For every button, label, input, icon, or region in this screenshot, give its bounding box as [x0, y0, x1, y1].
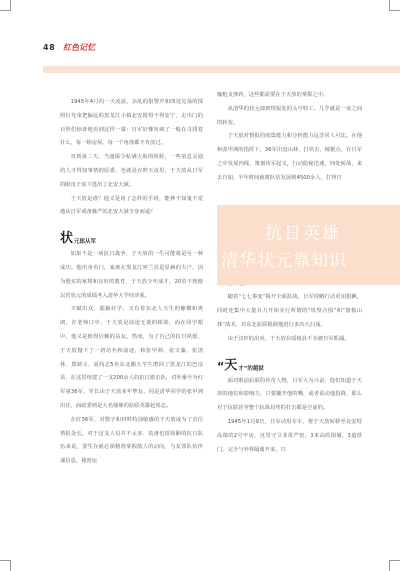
paragraph: 于天放对情报的收集能力和分析能力远非常人可比。在他和张甲洲的指挥下，36军出没山…: [217, 130, 362, 185]
crop-mark-bottom-left: [0, 560, 11, 571]
paragraph: 天赋出众，聪颖好学，又有着东北人天生的慷慨和爽朗，在老师口中，于天放是前途无量的…: [60, 303, 203, 413]
paragraph: 输枪支弹药，这些都需要在于天放的掌握之中。: [217, 89, 362, 103]
paragraph: 由于汉奸的出卖，于天放在绥棱县不幸被日军抓捕。: [217, 333, 362, 347]
section-heading: “ 天 才”的越狱: [217, 359, 362, 373]
crop-mark-top-left: [0, 0, 11, 11]
feature-title-box: 抗日英雄 清华状元靠知识: [217, 205, 400, 285]
section-heading-big-char: 状: [60, 232, 73, 246]
page-header: 48 红色记忆: [43, 42, 95, 53]
paragraph: 在红36军，对数字和材料特别敏感的于天放成为了首任情报处长。对于这支人员并不太多…: [60, 414, 203, 469]
section-heading: 状 元郎从军: [60, 232, 203, 246]
crop-mark-bottom-right: [389, 560, 400, 571]
paragraph: 如果不是一场抗日战争，于天放的一生可能将是另一种成功。他出身名门，家族在黑龙江呼…: [60, 248, 203, 303]
section-heading-subtitle: 才”的越狱: [238, 365, 264, 373]
page-number: 48: [43, 43, 55, 52]
paragraph: 随着“七七事变”揭开全面抗战，日军侵略行动更加猖獗，同时还集中大量兵力开始实行所…: [217, 291, 362, 332]
paragraph: 于天放是谁？他又是用了怎样的手段，能神不知鬼不觉地从日军戒备森严的北安大狱全身而…: [60, 193, 203, 221]
crop-mark-top-right: [389, 0, 400, 11]
feature-title-line1: 抗日英雄: [265, 219, 341, 244]
feature-title-line2: 清华状元靠知识: [221, 246, 347, 271]
paragraph: 从清华的状元郎到情报处的头号特工，几乎就是一夜之间的转变。: [217, 103, 362, 131]
column-logo: 红色记忆: [63, 42, 95, 53]
section-heading-big-char: 天: [224, 359, 237, 373]
left-column: 1945年4月的一天凌晨，杂乱的报警声和四处晃荡的探照灯光束把偏远的黑龙江小镇北…: [60, 96, 203, 469]
header-band: [43, 66, 400, 73]
section-heading-quote: “: [217, 361, 224, 373]
paragraph: 1945年1月9日，日军动用专车，将于天放转移至北安特高课的2号牢房，这里守卫非…: [217, 416, 362, 457]
paragraph: 1945年4月的一天凌晨，杂乱的报警声和四处晃荡的探照灯光束把偏远的黑龙江小镇北…: [60, 96, 203, 151]
paragraph: 面对眼前抗联的传奇人物，日军大为兴奋，他们知道于天放的地位和影响力，只要撬开他的…: [217, 375, 362, 416]
section-heading-subtitle: 元郎从军: [74, 238, 96, 246]
paragraph: 直到第二天，当通缉令贴满大街的时候，一些消息灵通的人才得知事情的原委，也就是在昨…: [60, 151, 203, 192]
